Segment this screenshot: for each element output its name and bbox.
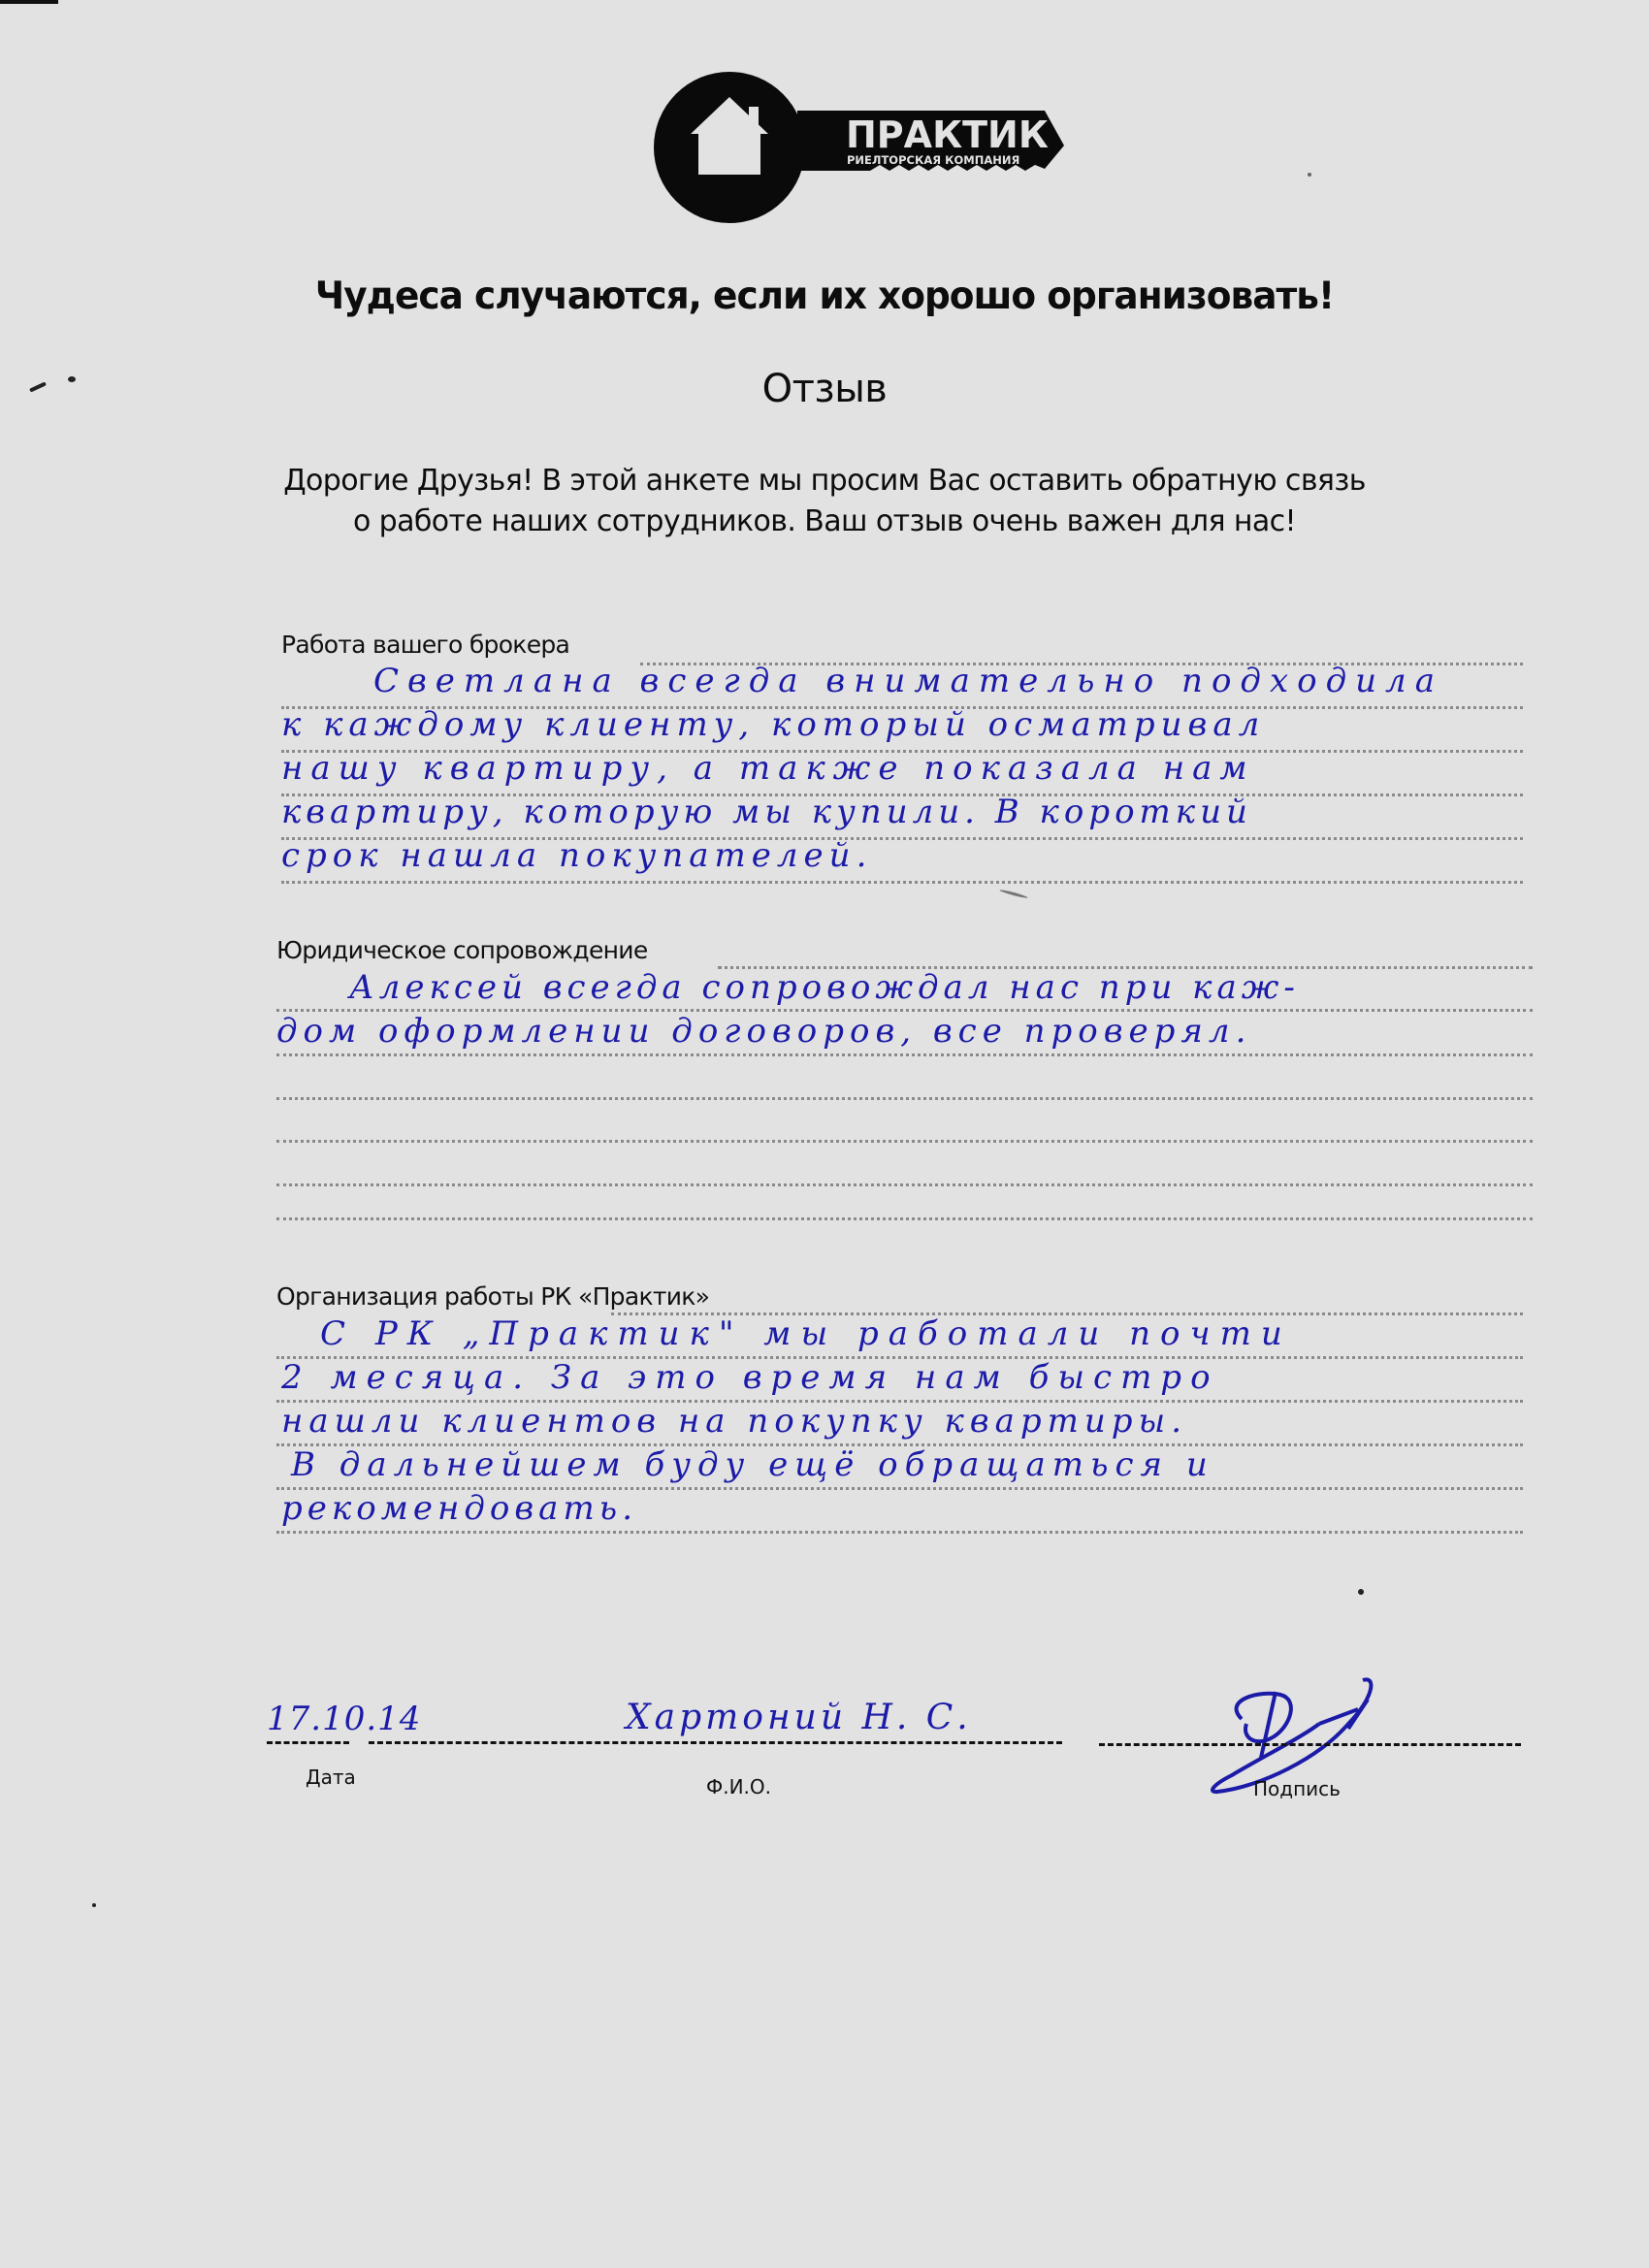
handwritten-line: С РК „Практик" мы работали почти [320,1314,1292,1353]
svg-text:ПРАКТИК: ПРАКТИК [846,113,1049,156]
handwritten-line: срок нашла покупателей. [281,836,872,875]
handwritten-line: В дальнейшем буду ещё обращаться и [291,1445,1214,1484]
date-value: 17.10.14 [267,1700,421,1738]
intro-line-1: Дорогие Друзья! В этой анкете мы просим … [0,461,1649,502]
signature-label: Подпись [1253,1777,1341,1800]
name-underline [369,1741,1062,1744]
handwritten-line: дом оформлении договоров, все проверял. [276,1012,1251,1051]
signature-underline [1099,1743,1521,1746]
dotted-line [276,1053,1533,1056]
dotted-line [276,1140,1533,1143]
company-logo: ПРАКТИК РИЕЛТОРСКАЯ КОМПАНИЯ [652,70,1079,225]
scan-speck [1358,1589,1364,1595]
handwritten-line: нашли клиентов на покупку квартиры. [281,1402,1187,1441]
handwritten-line: к каждому клиенту, который осматривал [281,705,1265,744]
date-label: Дата [306,1766,356,1789]
slogan: Чудеса случаются, если их хорошо организ… [33,275,1616,318]
handwritten-line: квартиру, которую мы купили. В короткий [281,793,1252,831]
svg-text:РИЕЛТОРСКАЯ КОМПАНИЯ: РИЕЛТОРСКАЯ КОМПАНИЯ [847,153,1019,167]
section-label: Организация работы РК «Практик» [276,1282,709,1311]
name-label: Ф.И.О. [706,1775,771,1798]
dotted-line [276,1097,1533,1100]
dotted-line [276,1531,1523,1534]
intro-line-2: о работе наших сотрудников. Ваш отзыв оч… [0,502,1649,542]
page-title: Отзыв [0,367,1649,411]
name-value: Хартоний Н. С. [626,1698,972,1737]
handwritten-line: 2 месяца. За это время нам быстро [281,1358,1219,1397]
scan-speck [92,1903,96,1907]
house-key-icon: ПРАКТИК РИЕЛТОРСКАЯ КОМПАНИЯ [652,70,1079,225]
dotted-line [276,1183,1533,1186]
dotted-line [276,1217,1533,1220]
intro-text: Дорогие Друзья! В этой анкете мы просим … [0,461,1649,542]
handwritten-line: Светлана всегда внимательно подходила [373,662,1443,700]
handwritten-line: рекомендовать. [281,1489,637,1528]
scan-speck [1308,173,1311,177]
scan-speck [999,889,1028,899]
scan-artifact [0,0,58,4]
dotted-line [281,881,1523,884]
scan-speck [68,376,76,382]
handwritten-line: нашу квартиру, а также показала нам [281,749,1255,788]
date-underline [267,1741,349,1744]
handwritten-line: Алексей всегда сопровождал нас при каж- [349,968,1300,1007]
section-label: Работа вашего брокера [281,631,569,659]
section-label: Юридическое сопровождение [276,936,648,964]
